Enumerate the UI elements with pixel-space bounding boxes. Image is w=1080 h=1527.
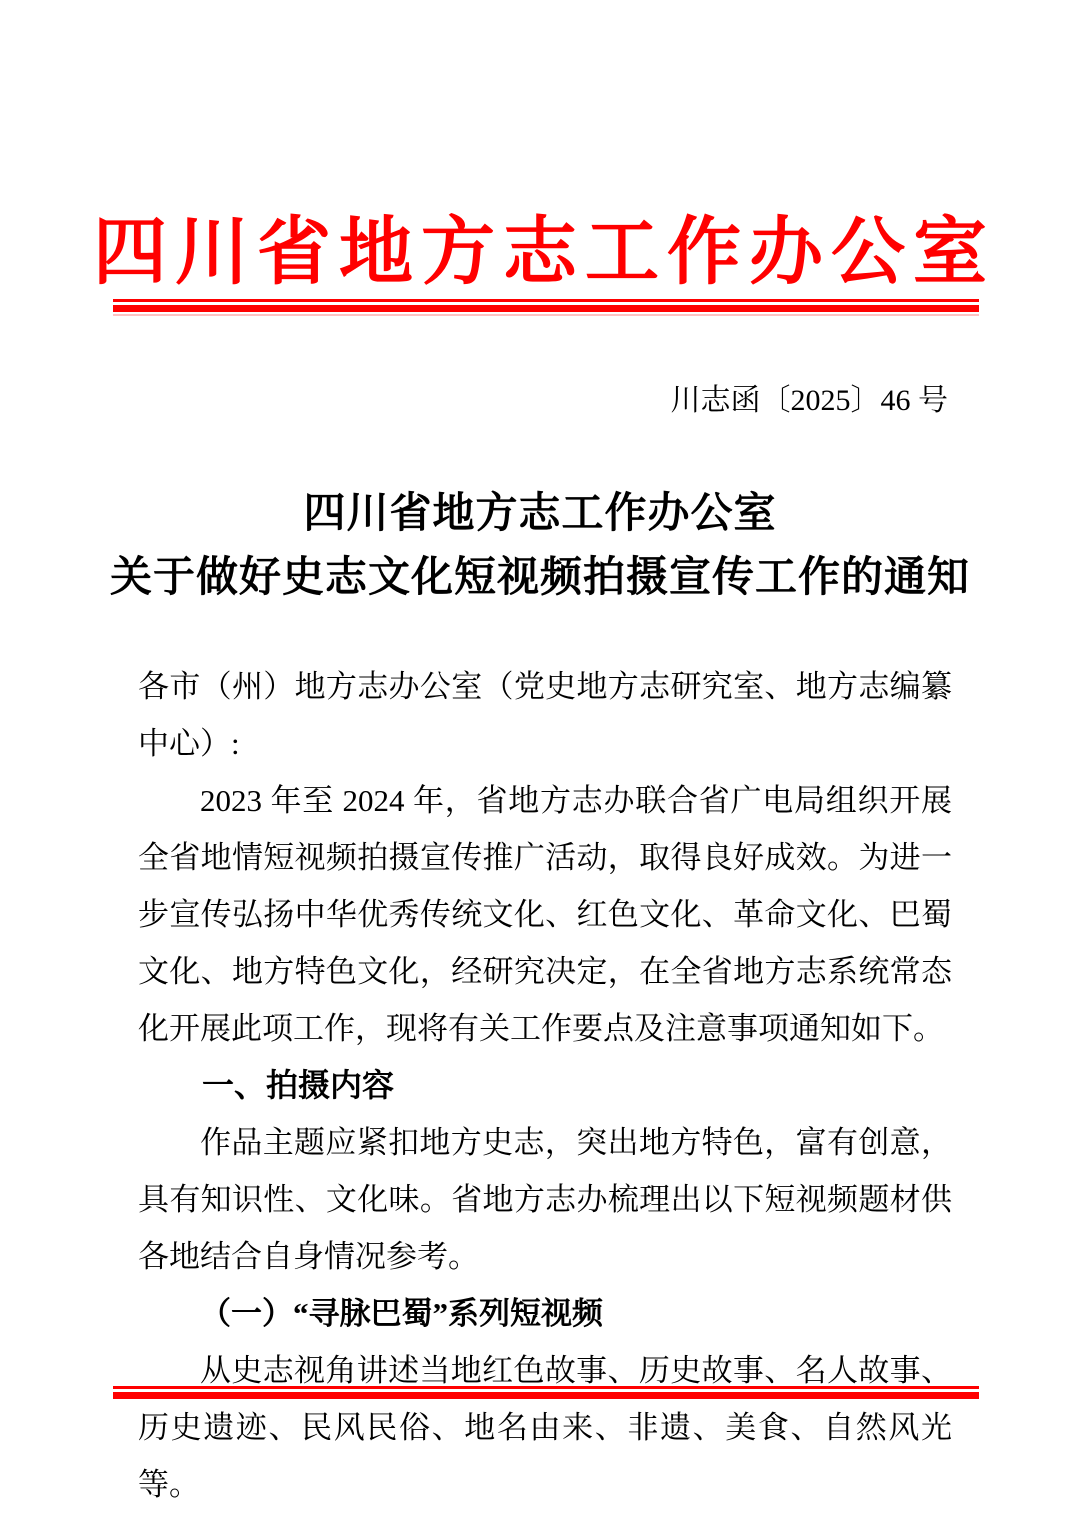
footer-divider (113, 1386, 979, 1399)
subsection-1-1-heading: （一）“寻脉巴蜀”系列短视频 (138, 1285, 952, 1342)
document-number: 川志函〔2025〕46 号 (671, 383, 949, 419)
section-1-heading: 一、拍摄内容 (138, 1057, 952, 1114)
masthead-divider-thick-line (113, 305, 979, 312)
document-title-line2: 关于做好史志文化短视频拍摄宣传工作的通知 (0, 546, 1080, 610)
masthead-org-name: 四川省地方志工作办公室 (0, 213, 1080, 294)
masthead-divider-faint-line (113, 314, 979, 316)
subsection-1-1-paragraph: 从史志视角讲述当地红色故事、历史故事、名人故事、历史遗迹、民风民俗、地名由来、非… (138, 1342, 952, 1513)
document-title: 四川省地方志工作办公室 关于做好史志文化短视频拍摄宣传工作的通知 (0, 482, 1080, 610)
document-body: 各市（州）地方志办公室（党史地方志研究室、地方志编纂中心）: 2023 年至 2… (138, 658, 952, 1513)
salutation-line: 各市（州）地方志办公室（党史地方志研究室、地方志编纂中心）: (138, 658, 952, 772)
intro-paragraph: 2023 年至 2024 年，省地方志办联合省广电局组织开展全省地情短视频拍摄宣… (138, 772, 952, 1057)
document-page: 四川省地方志工作办公室 川志函〔2025〕46 号 四川省地方志工作办公室 关于… (0, 0, 1080, 1527)
section-1-paragraph: 作品主题应紧扣地方史志，突出地方特色，富有创意，具有知识性、文化味。省地方志办梳… (138, 1114, 952, 1285)
footer-divider-thick-line (113, 1392, 979, 1399)
masthead-divider (113, 299, 979, 316)
document-title-line1: 四川省地方志工作办公室 (0, 482, 1080, 546)
